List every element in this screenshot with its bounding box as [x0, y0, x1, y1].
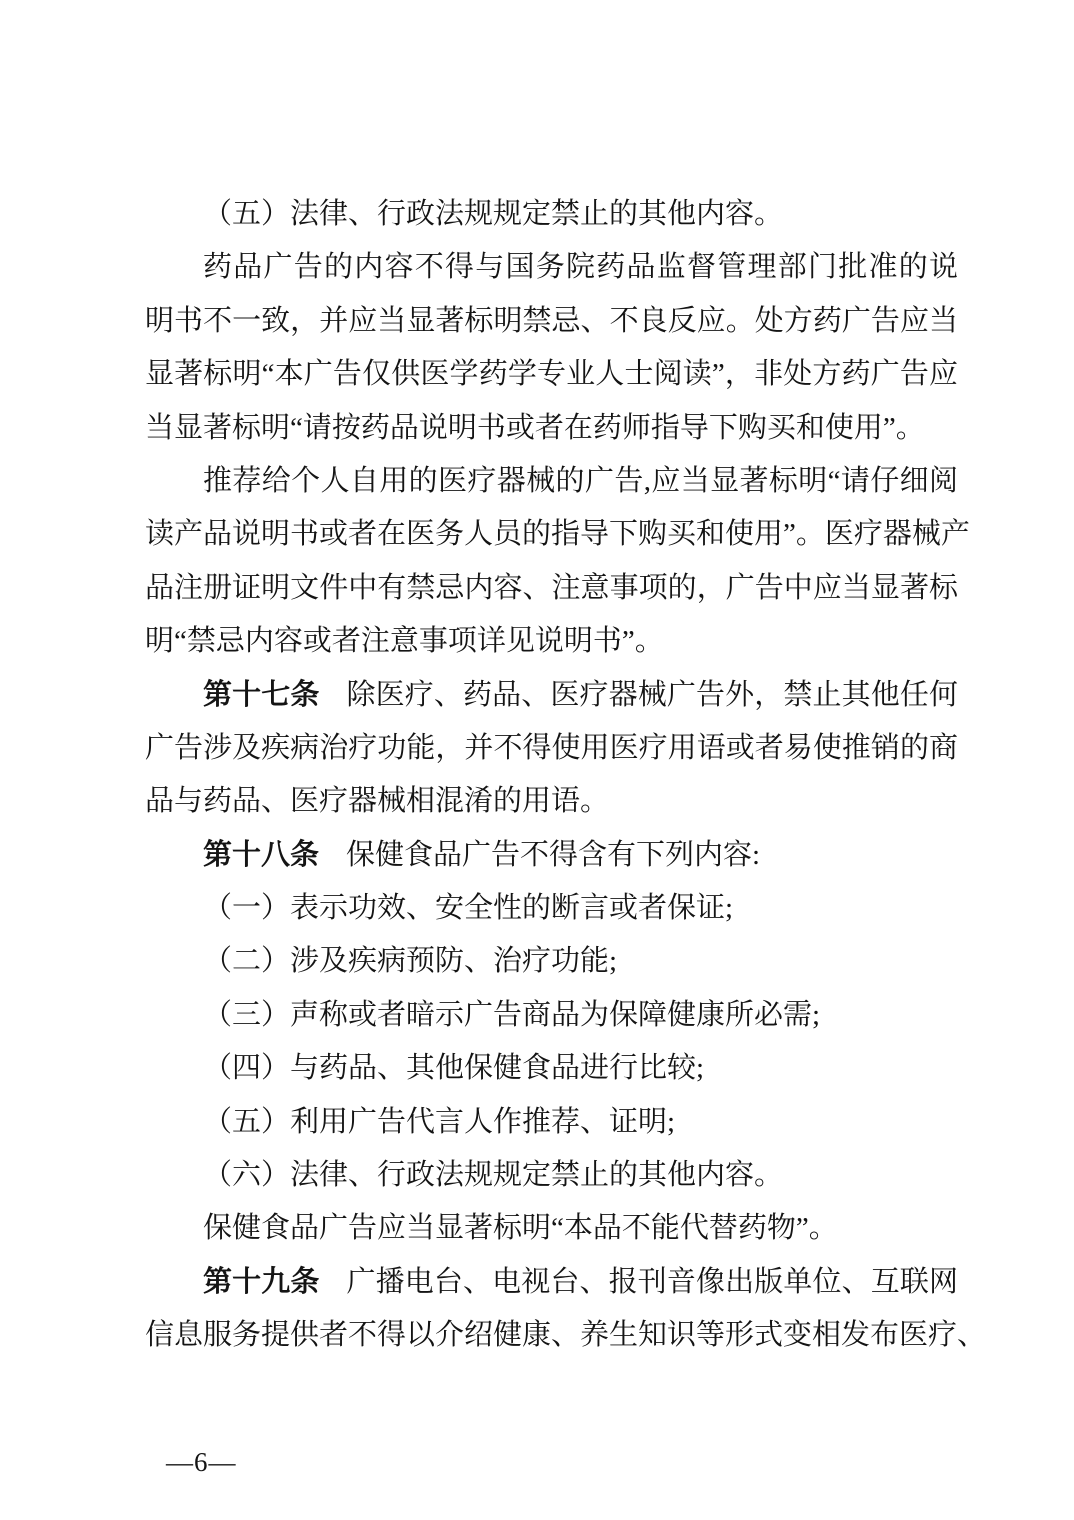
line-text: 明书不一致，并应当显著标明禁忌、不良反应。处方药广告应当 — [145, 305, 958, 337]
text-line: 明“禁忌内容或者注意事项详见说明书”。 — [145, 615, 958, 668]
text-line: 明书不一致，并应当显著标明禁忌、不良反应。处方药广告应当 — [145, 295, 958, 348]
line-text: 品注册证明文件中有禁忌内容、注意事项的，广告中应当显著标 — [145, 572, 958, 604]
text-line list-item: （五）利用广告代言人作推荐、证明; — [145, 1096, 958, 1149]
line-text: 广播电台、电视台、报刊音像出版单位、互联网 — [347, 1266, 958, 1298]
text-line: 品与药品、医疗器械相混淆的用语。 — [145, 775, 958, 828]
line-text: 显著标明“本广告仅供医学药学专业人士阅读”，非处方药广告应 — [145, 358, 958, 390]
line-text: （五）法律、行政法规规定禁止的其他内容。 — [203, 198, 783, 230]
text-line list-item: （三）声称或者暗示广告商品为保障健康所必需; — [145, 989, 958, 1042]
page-number: —6— — [166, 1446, 237, 1478]
text-line: 信息服务提供者不得以介绍健康、养生知识等形式变相发布医疗、 — [145, 1309, 958, 1362]
line-text: 保健食品广告不得含有下列内容: — [346, 839, 760, 871]
text-line: 药品广告的内容不得与国务院药品监督管理部门批准的说 — [145, 241, 958, 294]
text-line: 读产品说明书或者在医务人员的指导下购买和使用”。医疗器械产 — [145, 508, 958, 561]
line-text: （一）表示功效、安全性的断言或者保证; — [203, 892, 733, 924]
text-line: 保健食品广告应当显著标明“本品不能代替药物”。 — [145, 1202, 958, 1255]
text-line: 品注册证明文件中有禁忌内容、注意事项的，广告中应当显著标 — [145, 562, 958, 615]
line-text: （五）利用广告代言人作推荐、证明; — [203, 1106, 675, 1138]
line-text: （四）与药品、其他保健食品进行比较; — [203, 1052, 704, 1084]
text-line list-item: （一）表示功效、安全性的断言或者保证; — [145, 882, 958, 935]
article-number: 第十七条 — [203, 679, 320, 711]
text-line: 广告涉及疾病治疗功能，并不得使用医疗用语或者易使推销的商 — [145, 722, 958, 775]
text-line: 第十八条保健食品广告不得含有下列内容: — [145, 829, 958, 882]
line-text: 广告涉及疾病治疗功能，并不得使用医疗用语或者易使推销的商 — [145, 732, 958, 764]
article-number: 第十九条 — [203, 1266, 320, 1298]
line-text: 推荐给个人自用的医疗器械的广告,应当显著标明“请仔细阅 — [203, 465, 958, 497]
line-text: （三）声称或者暗示广告商品为保障健康所必需; — [203, 999, 820, 1031]
text-line list-item: （四）与药品、其他保健食品进行比较; — [145, 1042, 958, 1095]
text-line: （五）法律、行政法规规定禁止的其他内容。 — [145, 188, 958, 241]
line-text: 保健食品广告应当显著标明“本品不能代替药物”。 — [203, 1212, 838, 1244]
text-block: （五）法律、行政法规规定禁止的其他内容。 药品广告的内容不得与国务院药品监督管理… — [145, 188, 958, 1363]
line-text: 信息服务提供者不得以介绍健康、养生知识等形式变相发布医疗、 — [145, 1319, 986, 1351]
line-text: （二）涉及疾病预防、治疗功能; — [203, 945, 617, 977]
line-text: 药品广告的内容不得与国务院药品监督管理部门批准的说 — [203, 251, 958, 283]
text-line: 当显著标明“请按药品说明书或者在药师指导下购买和使用”。 — [145, 402, 958, 455]
line-text: 读产品说明书或者在医务人员的指导下购买和使用”。医疗器械产 — [145, 518, 970, 550]
line-text: （六）法律、行政法规规定禁止的其他内容。 — [203, 1159, 783, 1191]
text-line: 推荐给个人自用的医疗器械的广告,应当显著标明“请仔细阅 — [145, 455, 958, 508]
text-line list-item: （二）涉及疾病预防、治疗功能; — [145, 935, 958, 988]
text-line: 显著标明“本广告仅供医学药学专业人士阅读”，非处方药广告应 — [145, 348, 958, 401]
line-text: 当显著标明“请按药品说明书或者在药师指导下购买和使用”。 — [145, 412, 925, 444]
text-line: 第十九条广播电台、电视台、报刊音像出版单位、互联网 — [145, 1256, 958, 1309]
line-text: 明“禁忌内容或者注意事项详见说明书”。 — [145, 625, 664, 657]
document-page: { "page": { "number": "—6—" }, "document… — [0, 0, 1074, 1520]
article-number: 第十八条 — [203, 839, 319, 871]
text-line: 第十七条除医疗、药品、医疗器械广告外，禁止其他任何 — [145, 669, 958, 722]
line-text: 品与药品、医疗器械相混淆的用语。 — [145, 785, 609, 817]
text-line list-item: （六）法律、行政法规规定禁止的其他内容。 — [145, 1149, 958, 1202]
line-text: 除医疗、药品、医疗器械广告外，禁止其他任何 — [347, 679, 958, 711]
